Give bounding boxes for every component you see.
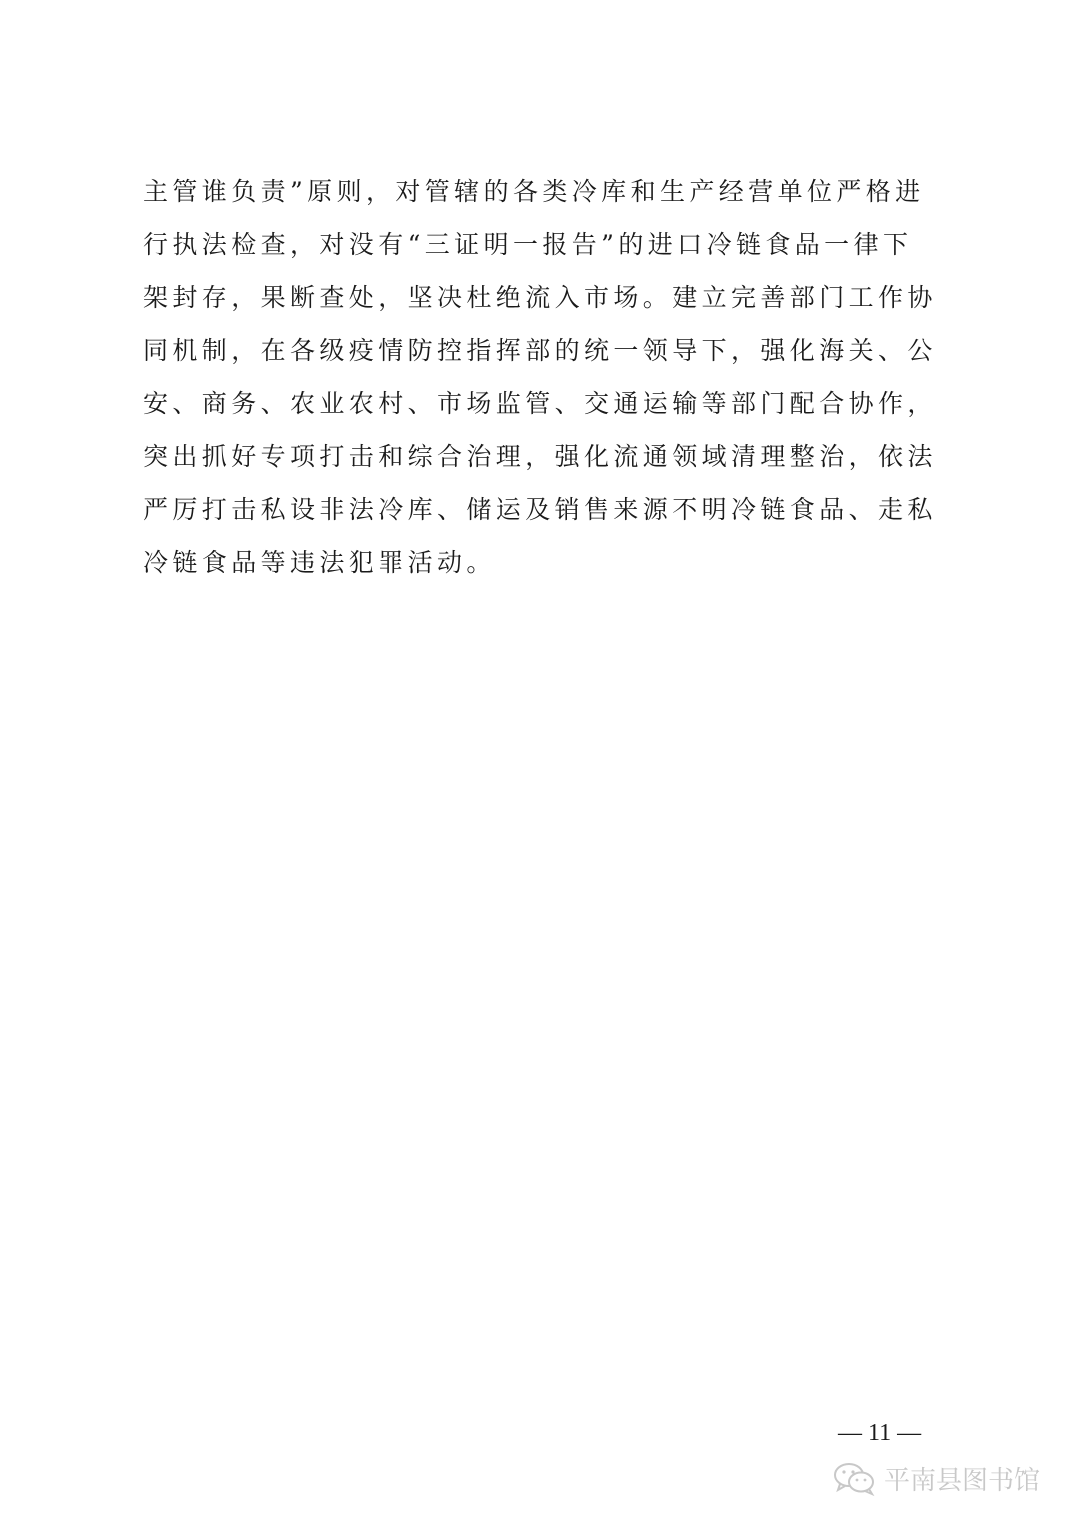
document-page: 主管谁负责”原则，对管辖的各类冷库和生产经营单位严格进 行执法检查，对没有“三证…	[0, 0, 1080, 1528]
text-line: 架封存，果断查处，坚决杜绝流入市场。建立完善部门工作协	[143, 271, 943, 324]
text-line: 安、商务、农业农村、市场监管、交通运输等部门配合协作，	[143, 377, 943, 430]
text-line: 严厉打击私设非法冷库、储运及销售来源不明冷链食品、走私	[143, 483, 943, 536]
watermark: 平南县图书馆	[832, 1460, 1040, 1497]
page-number: — 11 —	[838, 1420, 921, 1447]
watermark-text: 平南县图书馆	[884, 1460, 1040, 1497]
text-line: 主管谁负责”原则，对管辖的各类冷库和生产经营单位严格进	[143, 165, 943, 218]
wechat-icon	[832, 1461, 878, 1497]
body-paragraph: 主管谁负责”原则，对管辖的各类冷库和生产经营单位严格进 行执法检查，对没有“三证…	[143, 165, 943, 589]
text-line: 行执法检查，对没有“三证明一报告”的进口冷链食品一律下	[143, 218, 943, 271]
text-line: 突出抓好专项打击和综合治理，强化流通领域清理整治，依法	[143, 430, 943, 483]
text-line: 同机制，在各级疫情防控指挥部的统一领导下，强化海关、公	[143, 324, 943, 377]
text-line: 冷链食品等违法犯罪活动。	[143, 536, 943, 589]
